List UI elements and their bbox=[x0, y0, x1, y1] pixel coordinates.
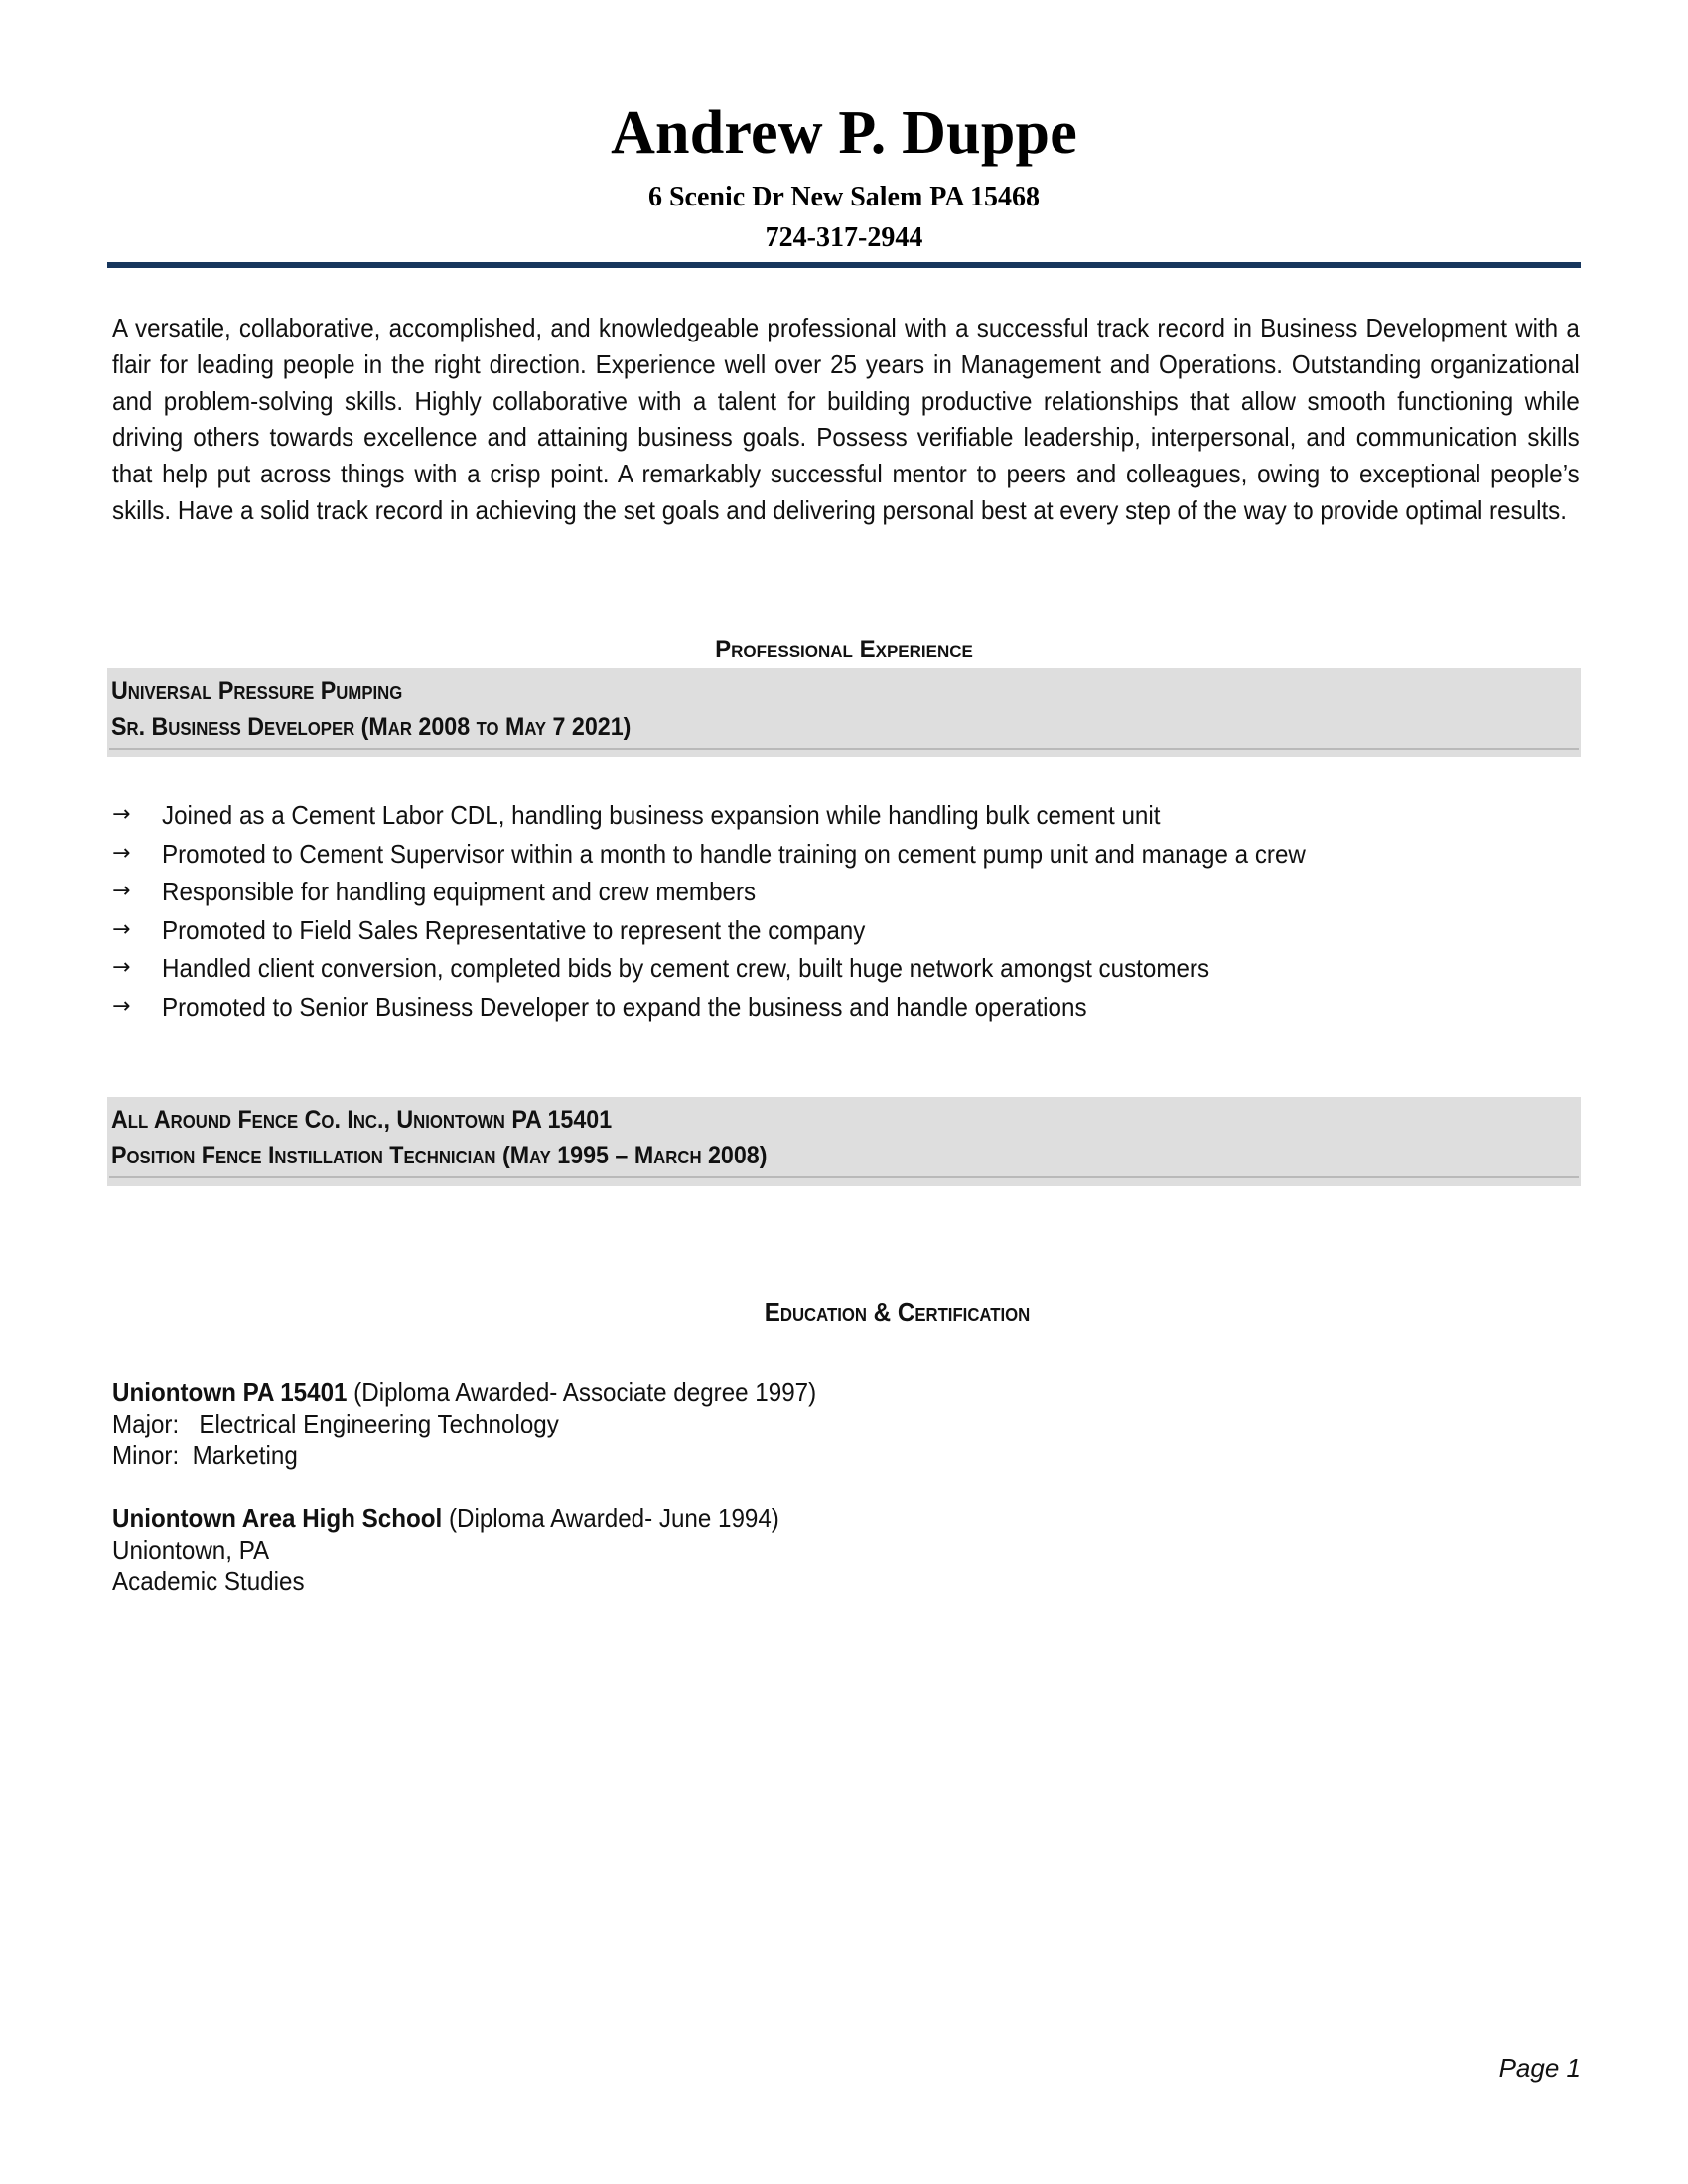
job-company: All Around Fence Co. Inc., Uniontown PA … bbox=[111, 1105, 612, 1135]
bullet-text: Promoted to Field Sales Representative t… bbox=[162, 911, 865, 950]
job-company: Universal Pressure Pumping bbox=[111, 676, 402, 706]
bullet-text: Joined as a Cement Labor CDL, handling b… bbox=[162, 796, 1160, 835]
right-arrow-icon: → bbox=[112, 873, 152, 911]
job-header-band: All Around Fence Co. Inc., Uniontown PA … bbox=[107, 1097, 1581, 1186]
candidate-name: Andrew P. Duppe bbox=[0, 97, 1688, 169]
candidate-address: 6 Scenic Dr New Salem PA 15468 bbox=[0, 181, 1688, 214]
education-heading: Uniontown Area High School (Diploma Awar… bbox=[112, 1502, 779, 1534]
candidate-phone: 724-317-2944 bbox=[0, 221, 1688, 255]
section-title-education: Education & Certification bbox=[112, 1297, 1682, 1328]
right-arrow-icon: → bbox=[112, 988, 152, 1026]
school-name: Uniontown PA 15401 bbox=[112, 1377, 347, 1407]
education-entry: Uniontown PA 15401 (Diploma Awarded- Ass… bbox=[112, 1376, 816, 1471]
education-entry: Uniontown Area High School (Diploma Awar… bbox=[112, 1502, 779, 1597]
job-header-band: Universal Pressure Pumping Sr. Business … bbox=[107, 668, 1581, 757]
education-heading: Uniontown PA 15401 (Diploma Awarded- Ass… bbox=[112, 1376, 816, 1408]
bullet-text: Promoted to Cement Supervisor within a m… bbox=[162, 835, 1306, 874]
right-arrow-icon: → bbox=[112, 796, 152, 835]
right-arrow-icon: → bbox=[112, 835, 152, 874]
resume-page: Andrew P. Duppe 6 Scenic Dr New Salem PA… bbox=[0, 0, 1688, 2184]
education-line: Uniontown, PA bbox=[112, 1534, 779, 1566]
right-arrow-icon: → bbox=[112, 949, 152, 988]
education-line: Major: Electrical Engineering Technology bbox=[112, 1408, 816, 1439]
school-detail: (Diploma Awarded- June 1994) bbox=[442, 1503, 779, 1533]
school-detail: (Diploma Awarded- Associate degree 1997) bbox=[347, 1377, 816, 1407]
professional-summary: A versatile, collaborative, accomplished… bbox=[112, 310, 1580, 529]
page-number: Page 1 bbox=[1489, 2053, 1581, 2083]
job-position: Position Fence Instillation Technician (… bbox=[111, 1141, 767, 1170]
education-line: Academic Studies bbox=[112, 1566, 779, 1597]
right-arrow-icon: → bbox=[112, 911, 152, 950]
section-title-experience: Professional Experience bbox=[0, 636, 1688, 664]
job-position: Sr. Business Developer (Mar 2008 to May … bbox=[111, 712, 631, 742]
bullet-text: Promoted to Senior Business Developer to… bbox=[162, 988, 1087, 1026]
bullet-text: Handled client conversion, completed bid… bbox=[162, 949, 1209, 988]
bullet-text: Responsible for handling equipment and c… bbox=[162, 873, 756, 911]
school-name: Uniontown Area High School bbox=[112, 1503, 442, 1533]
education-line: Minor: Marketing bbox=[112, 1439, 816, 1471]
header-divider bbox=[107, 262, 1581, 268]
